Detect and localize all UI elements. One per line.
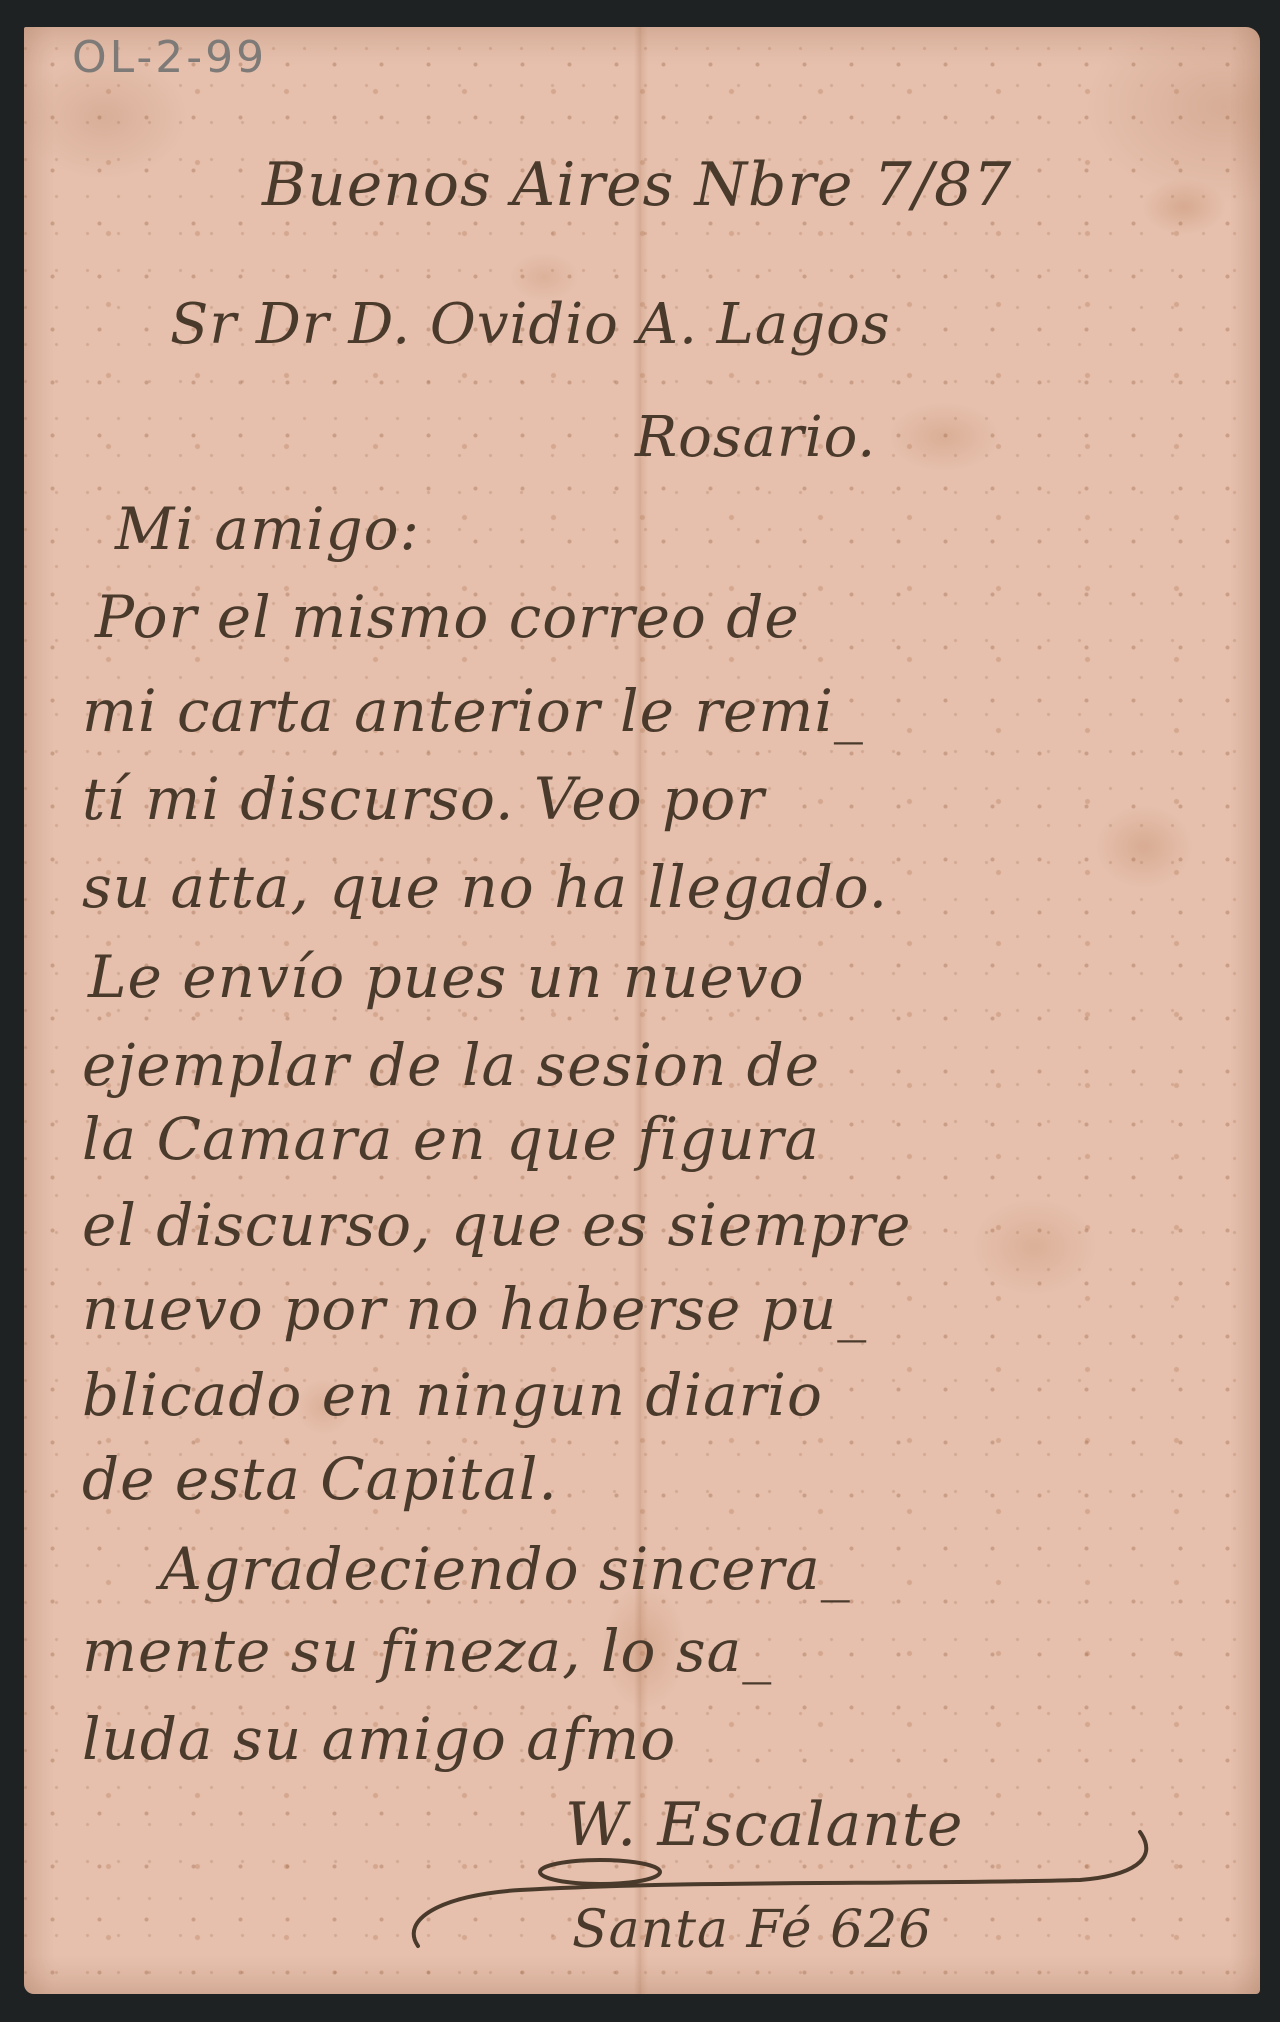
- sender-address: Santa Fé 626: [572, 1900, 932, 1960]
- signature-flourish: [0, 0, 1280, 2022]
